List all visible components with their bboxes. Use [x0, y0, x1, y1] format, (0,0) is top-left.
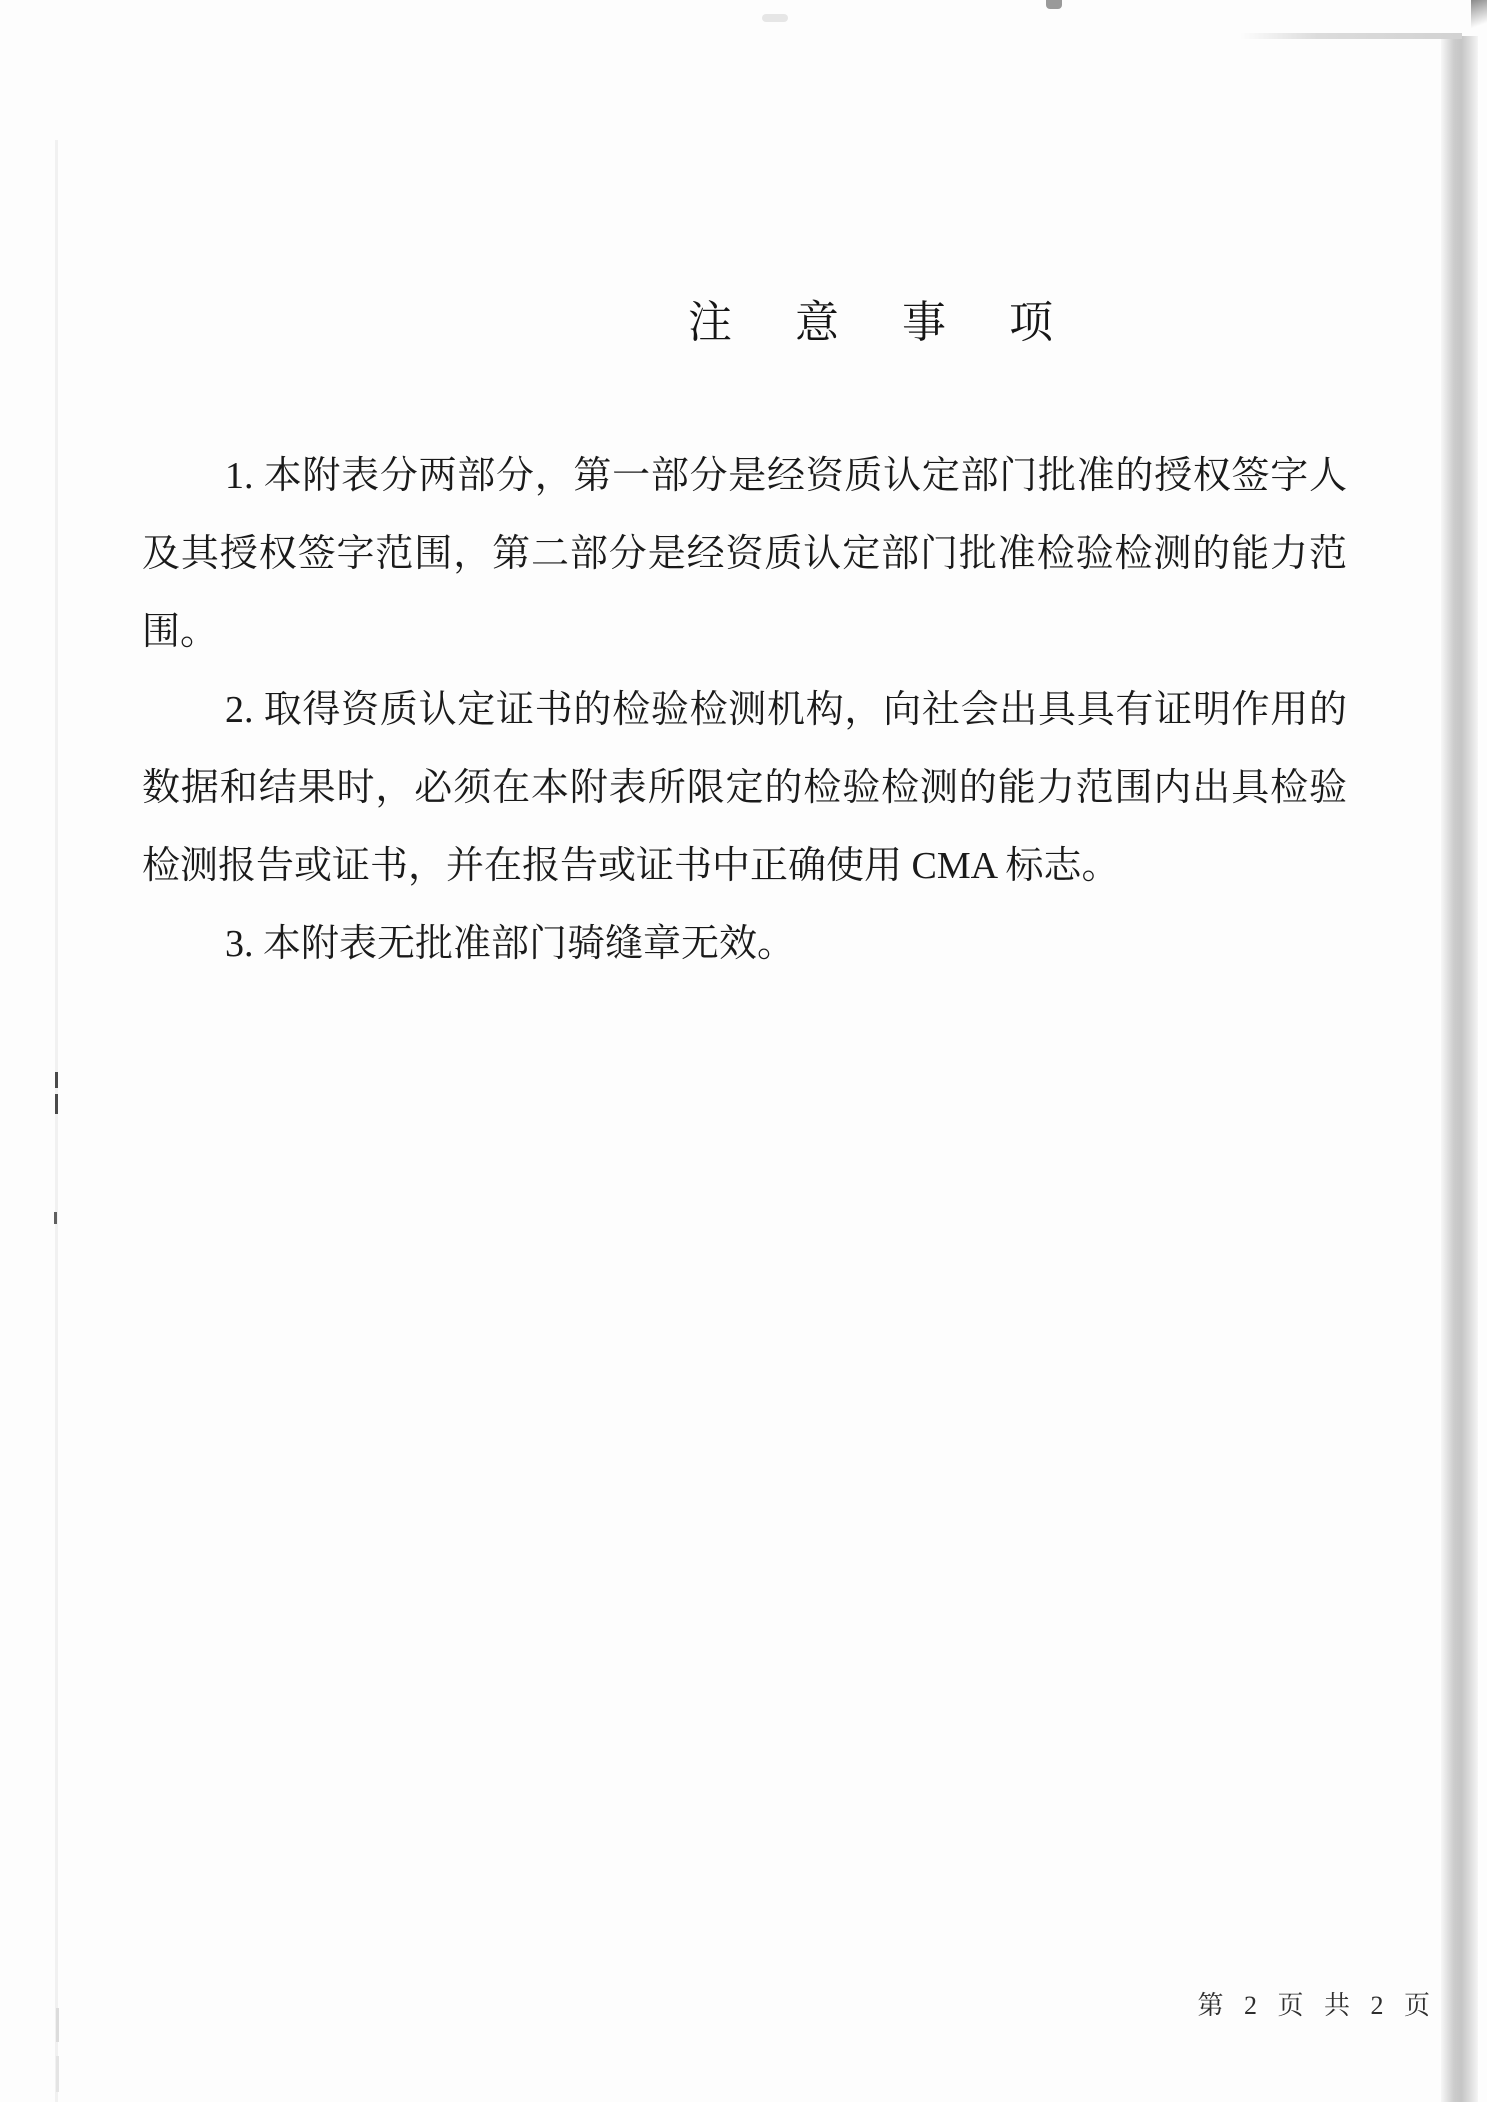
scan-artifact-tick [54, 1212, 57, 1224]
page-number: 第 2 页 共 2 页 [1197, 1985, 1437, 2022]
notice-body: 1. 本附表分两部分，第一部分是经资质认定部门批准的授权签字人及其授权签字范围，… [142, 437, 1347, 983]
notice-paragraph-1: 1. 本附表分两部分，第一部分是经资质认定部门批准的授权签字人及其授权签字范围，… [142, 437, 1347, 671]
scan-artifact-left-line [55, 140, 58, 2102]
scan-artifact-smudge [762, 14, 788, 22]
page-title: 注 意 事 项 [688, 286, 1079, 350]
scan-artifact-tick [55, 1072, 58, 1088]
scanned-document-page: 注 意 事 项 1. 本附表分两部分，第一部分是经资质认定部门批准的授权签字人及… [0, 0, 1487, 2102]
scan-artifact-corner [1471, 0, 1487, 28]
scan-artifact-tick [55, 1094, 58, 1114]
scan-artifact-top-line [1240, 33, 1462, 39]
scan-artifact-tick [56, 2056, 59, 2092]
notice-paragraph-2: 2. 取得资质认定证书的检验检测机构，向社会出具具有证明作用的数据和结果时，必须… [142, 671, 1347, 905]
scan-artifact-smudge [1046, 0, 1062, 9]
notice-paragraph-3: 3. 本附表无批准部门骑缝章无效。 [142, 905, 1347, 983]
scan-artifact-tick [56, 2008, 59, 2042]
scan-edge-shadow-right [1441, 36, 1478, 2102]
